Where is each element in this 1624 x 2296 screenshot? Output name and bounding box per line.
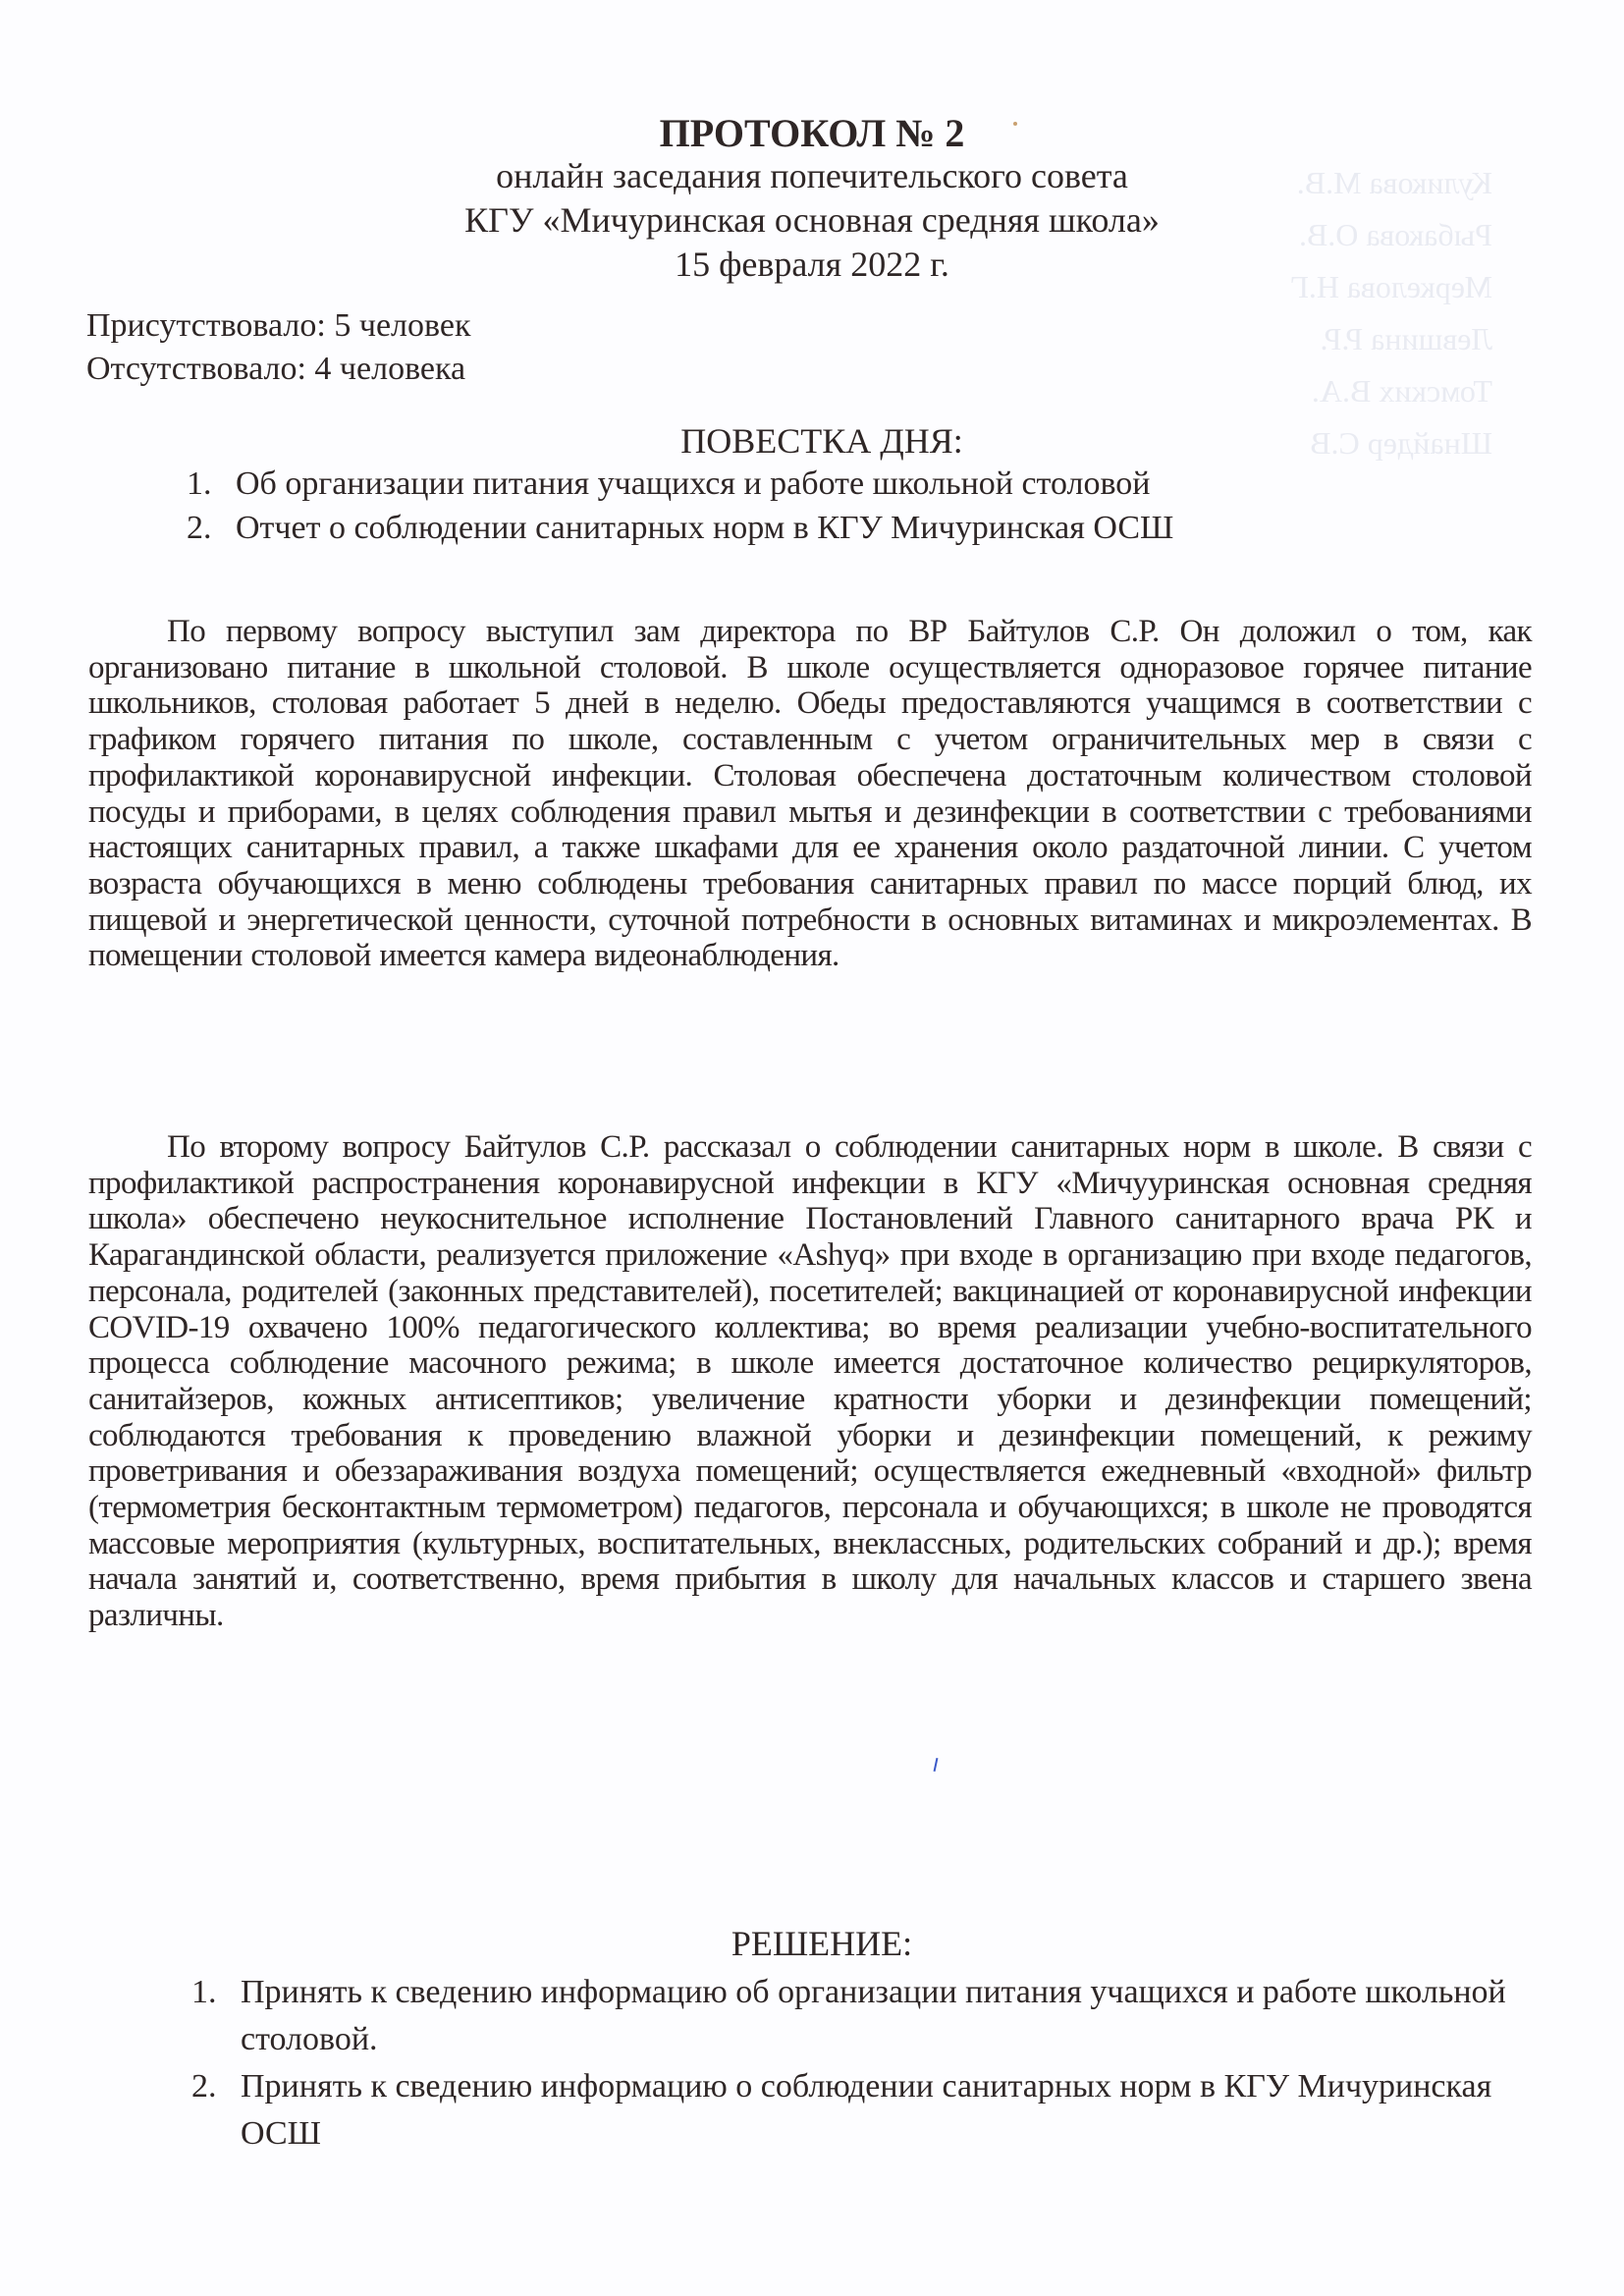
- pen-mark: [934, 1758, 939, 1772]
- agenda-heading: ПОВЕСТКА ДНЯ:: [10, 420, 1624, 462]
- document-title: ПРОТОКОЛ № 2: [0, 110, 1624, 156]
- body-paragraph-second-question: По второму вопросу Байтулов С.Р. рассказ…: [88, 1129, 1532, 1634]
- decision-item-number: 2.: [191, 2063, 217, 2110]
- document-date: 15 февраля 2022 г.: [0, 244, 1624, 285]
- decision-item: 2. Принять к сведению информацию о соблю…: [191, 2063, 1517, 2158]
- scan-speck: [1013, 122, 1017, 126]
- decision-heading: РЕШЕНИЕ:: [10, 1923, 1624, 1964]
- agenda-item: 2. Отчет о соблюдении санитарных норм в …: [187, 506, 1173, 550]
- decision-item-number: 1.: [191, 1969, 217, 2016]
- decision-item-text: Принять к сведению информацию об организ…: [241, 1974, 1506, 2057]
- document-subtitle: онлайн заседания попечительского совета: [0, 155, 1624, 196]
- agenda-item-text: Отчет о соблюдении санитарных норм в КГУ…: [236, 510, 1173, 546]
- attendance-present: Присутствовало: 5 человек: [86, 307, 470, 345]
- organization-name: КГУ «Мичуринская основная средняя школа»: [0, 199, 1624, 241]
- agenda-list: 1. Об организации питания учащихся и раб…: [187, 462, 1173, 550]
- decision-list: 1. Принять к сведению информацию об орга…: [191, 1969, 1517, 2158]
- scanned-page: Куликова М.В. Рыбакова О.В. Меркелова Н.…: [0, 0, 1624, 2296]
- agenda-item: 1. Об организации питания учащихся и раб…: [187, 462, 1173, 506]
- bleed-line: Томских В.А.: [1178, 365, 1492, 417]
- decision-item: 1. Принять к сведению информацию об орга…: [191, 1969, 1517, 2063]
- attendance-absent: Отсутствовало: 4 человека: [86, 351, 465, 388]
- agenda-item-text: Об организации питания учащихся и работе…: [236, 465, 1151, 502]
- decision-item-text: Принять к сведению информацию о соблюден…: [241, 2068, 1491, 2152]
- agenda-item-number: 1.: [187, 462, 212, 506]
- body-paragraph-first-question: По первому вопросу выступил зам директор…: [88, 614, 1532, 974]
- agenda-item-number: 2.: [187, 506, 212, 550]
- bleed-line: Левшина Р.Р.: [1178, 313, 1492, 365]
